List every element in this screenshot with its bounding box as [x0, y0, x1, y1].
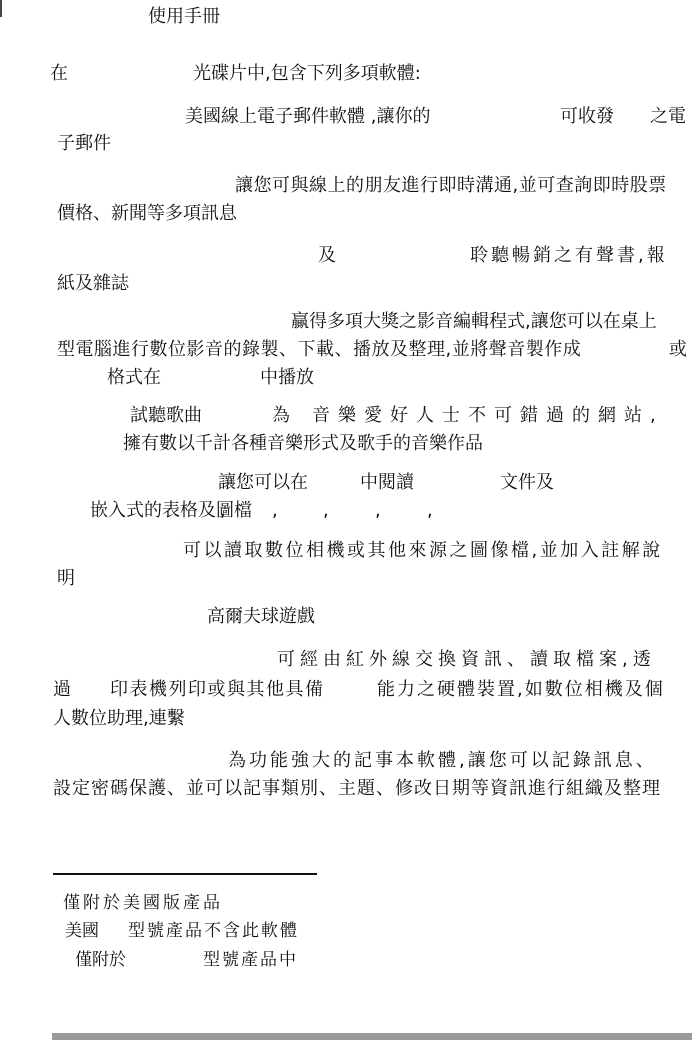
messenger-desc-2: 價格、新聞等多項訊息	[57, 204, 237, 224]
messenger-desc-1: 讓您可與線上的朋友進行即時溝通,並可查詢即時股票	[235, 176, 667, 196]
notes-app-desc-1: 為功能強大的記事本軟體,讓您可以記錄訊息、	[228, 751, 657, 771]
footnote-2a: 美國	[65, 921, 99, 941]
footnote-rule	[53, 873, 317, 875]
infrared-desc-4: 能力之硬體裝置,如數位相機及個	[377, 680, 665, 700]
doc-viewer-comma-3: ,	[323, 501, 329, 521]
page-edge-mark	[0, 0, 2, 17]
music-site-desc-2: 為	[272, 406, 290, 426]
infrared-desc-2: 過	[53, 680, 71, 700]
audio-editor-desc-5: 中播放	[260, 368, 314, 388]
audio-editor-desc-2: 型電腦進行數位影音的錄製、下載、播放及整理,並將聲音製作成	[57, 340, 581, 360]
audiobooks-desc-2: 聆聽暢銷之有聲書,報	[470, 246, 668, 266]
audiobooks-desc-1: 及	[318, 246, 336, 266]
doc-viewer-desc-3: 文件及	[500, 473, 554, 493]
footnote-3b: 型號產品中	[203, 950, 298, 970]
music-site-desc-1: 試聽歌曲	[130, 406, 202, 426]
infrared-desc-1: 可經由紅外線交換資訊、讀取檔案,透	[277, 650, 656, 670]
infrared-desc-3: 印表機列印或與其他具備	[110, 680, 325, 700]
music-site-desc-3: 音樂愛好人士不可錯過的網站,	[312, 406, 664, 426]
doc-viewer-comma-2: ,	[272, 501, 278, 521]
manual-page: { "header": { "title": "使用手冊" }, "intro"…	[0, 0, 692, 1045]
footnote-1: 僅附於美國版產品	[63, 893, 223, 913]
infrared-desc-5: 人數位助理,連繫	[53, 709, 185, 729]
doc-viewer-comma-4: ,	[375, 501, 381, 521]
bottom-bar	[52, 1033, 692, 1040]
intro-cd-text: 光碟片中,包含下列多項軟體:	[193, 64, 421, 84]
aol-desc-4: 子郵件	[57, 134, 111, 154]
aol-desc-3: 之電	[650, 107, 686, 127]
music-site-desc-4: 擁有數以千計各種音樂形式及歌手的音樂作品	[123, 434, 483, 454]
doc-viewer-comma-5: ,	[427, 501, 433, 521]
intro-prefix: 在	[50, 64, 68, 84]
doc-viewer-comma-1: ,	[220, 501, 226, 521]
image-viewer-desc-1: 可以讀取數位相機或其他來源之圖像檔,並加入註解說	[183, 541, 663, 561]
audiobooks-desc-3: 紙及雜誌	[57, 274, 129, 294]
golf-game-desc: 高爾夫球遊戲	[207, 607, 315, 627]
footnote-2b: 型號產品不含此軟體	[128, 921, 299, 941]
doc-viewer-desc-1: 讓您可以在	[218, 473, 308, 493]
notes-app-desc-2: 設定密碼保護、並可以記事類別、主題、修改日期等資訊進行組織及整理	[53, 779, 661, 799]
audio-editor-desc-4: 格式在	[107, 368, 161, 388]
image-viewer-desc-2: 明	[57, 569, 75, 589]
aol-desc-2: 可收發	[560, 107, 614, 127]
footnote-3a: 僅附於	[75, 950, 126, 970]
audio-editor-desc-3: 或	[669, 340, 687, 360]
doc-viewer-desc-2: 中閱讀	[360, 473, 414, 493]
page-title: 使用手冊	[148, 7, 220, 27]
aol-desc-1: 美國線上電子郵件軟體 ,讓你的	[185, 107, 430, 127]
doc-viewer-desc-4: 嵌入式的表格及圖檔	[90, 501, 252, 521]
audio-editor-desc-1: 贏得多項大獎之影音編輯程式,讓您可以在桌上	[291, 312, 657, 332]
